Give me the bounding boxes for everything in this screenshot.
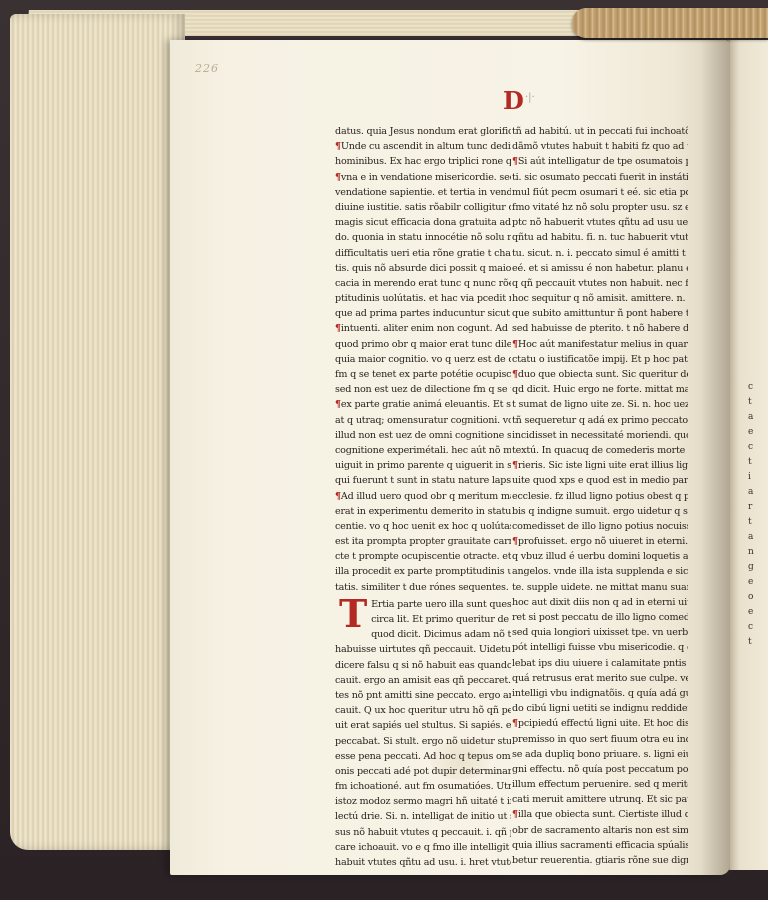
text-line: q vbuz illud é uerbu domini loquetis ad: [512, 549, 688, 564]
edge-fragment: e: [748, 425, 768, 440]
text-line: incidisset in necessitaté moriendi. quod…: [512, 428, 688, 443]
text-line: bis q indigne sumuit. ergo uidetur q si …: [512, 504, 688, 519]
text-line: lectú drie. Si. n. intelligat de initio …: [335, 809, 511, 824]
text-line: comedisset de illo ligno potius nocuisse…: [512, 519, 688, 534]
text-line: pót intelligi fuisse vbu misericodie. q …: [512, 640, 688, 655]
text-line: quá retrusus erat merito sue culpe. vel …: [512, 671, 688, 686]
text-line: ¶Ad illud uero quod obr q meritum magis: [335, 489, 511, 504]
page-stack-fore-edge: [10, 14, 185, 850]
text-line: datus. quia Jesus nondum erat glorificat…: [335, 124, 511, 139]
text-line: difficultatis ueri etia rõne gratie t ch…: [335, 246, 511, 261]
text-line: peccabat. Si stult. ergo nõ uidetur stul…: [335, 734, 511, 749]
text-line: illum effectum peruenire. sed q merito p…: [512, 777, 688, 792]
text-line: premisso in quo sert fiuum otra eu indic…: [512, 732, 688, 747]
text-line: sed quia longiori uixisset tpe. vn uerbu…: [512, 625, 688, 640]
text-line: dicere falsu q si nõ habuit eas quando p…: [335, 658, 511, 673]
left-column-section-one: datus. quia Jesus nondum erat glorificat…: [335, 124, 511, 595]
text-line: ¶pcipiedú effectú ligni uite. Et hoc dis…: [512, 716, 688, 731]
edge-fragment: i: [748, 470, 768, 485]
text-line: do. quonia in statu innocétie nõ solu ro…: [335, 230, 511, 245]
edge-fragment: n: [748, 545, 768, 560]
edge-fragment: a: [748, 530, 768, 545]
edge-fragment: c: [748, 440, 768, 455]
text-line: ¶Hoc aút manifestatur melius in quarto i…: [512, 337, 688, 352]
edge-fragment: c: [748, 380, 768, 395]
rubric-paragraph-mark: ¶: [512, 718, 518, 729]
text-column-right: tñ ad habitú. ut in peccati fui inchoatõ…: [512, 124, 688, 868]
text-line: gni effectu. nõ quía post peccatum posse…: [512, 762, 688, 777]
text-line: do cibú ligni uetiti se indignu reddider…: [512, 701, 688, 716]
text-line: ¶illa que obiecta sunt. Ciertiste illud …: [512, 807, 688, 822]
text-line: cacia in merendo erat tunc q nunc rõe pr…: [335, 276, 511, 291]
edge-fragment: r: [748, 500, 768, 515]
text-line: textú. In quacuq de comederis morte mo: [512, 443, 688, 458]
edge-fragment: g: [748, 560, 768, 575]
text-line: est ita prompta propter grauitate carnis…: [335, 534, 511, 549]
text-line: uiguit in primo parente q uiguerit in sa…: [335, 458, 511, 473]
text-line: at q utraq; omensuratur cognitioni. vo q: [335, 413, 511, 428]
text-line: illud non est uez de omni cognitione sed…: [335, 428, 511, 443]
text-line: habuisse uirtutes qñ peccauit. Uidetur e…: [335, 642, 511, 657]
text-line: vendatione sapientie. et tertia in venda…: [335, 185, 511, 200]
text-line: ¶profuisset. ergo nõ uiueret in eterni. …: [512, 534, 688, 549]
rubric-paragraph-mark: ¶: [335, 172, 341, 183]
text-line: sed non est uez de dilectione fm q se te…: [335, 382, 511, 397]
text-line: cati meruit amittere utrunq. Et sic pate…: [512, 792, 688, 807]
text-line: hominibus. Ex hac ergo triplici rone qua…: [335, 154, 511, 169]
text-line: ecclesie. fz illud ligno potius obest q …: [512, 489, 688, 504]
text-line: q qñ peccauit vtutes non habuit. nec fz …: [512, 276, 688, 291]
text-line: que subito amittuntur ñ pont habere t am…: [512, 306, 688, 321]
text-line: lebat ips diu uiuere i calamitate pntis …: [512, 656, 688, 671]
edge-fragment: c: [748, 620, 768, 635]
text-line: tñ sequeretur q adá ex primo peccato nõ: [512, 413, 688, 428]
text-line: onis peccati adé pot dupir determinari. …: [335, 764, 511, 779]
edge-fragment: e: [748, 605, 768, 620]
text-line: fmo vitaté hz nõ solu propter usu. sz et…: [512, 200, 688, 215]
running-head-initial: D: [503, 86, 524, 115]
text-line: ¶rieris. Sic iste ligni uite erat illius…: [512, 458, 688, 473]
right-column-lines: tñ ad habitú. ut in peccati fui inchoatõ…: [512, 124, 688, 868]
text-line: ptc nõ habuerit vtutes qñtu ad usu uez e…: [512, 215, 688, 230]
text-line: ti. sic osumato peccati fuerit in instát…: [512, 170, 688, 185]
left-column-section-two: Ertia parte uero illa sunt questionescir…: [335, 597, 511, 870]
text-line: cognitione experimétali. hec aút nõ magi…: [335, 443, 511, 458]
text-line: se ada dupliq bono priuare. s. ligni eiu…: [512, 747, 688, 762]
text-line: sed habuisse de pterito. t nõ habere de …: [512, 321, 688, 336]
text-column-left: datus. quia Jesus nondum erat glorificat…: [335, 124, 511, 870]
text-line: uit erat sapiés uel stultus. Si sapiés. …: [335, 718, 511, 733]
text-line: cauit. Q ux hoc queritur utru hõ qñ pecc…: [335, 703, 511, 718]
text-line: hoc sequitur q nõ amisit. amittere. n. i…: [512, 291, 688, 306]
text-line: cte t prompte ocupiscentie otracte. et r…: [335, 549, 511, 564]
rubric-paragraph-mark: ¶: [335, 141, 341, 152]
text-line: ctatu o iustificatõe impij. Et p hoc pat…: [512, 352, 688, 367]
running-head-mark: ·|·: [525, 92, 535, 103]
rubric-paragraph-mark: ¶: [512, 460, 518, 471]
gutter-shadow: [700, 40, 730, 875]
text-line: illa procedit ex parte promptitudinis uo…: [335, 564, 511, 579]
text-line: esse pena peccati. Ad hoc q tepus omissi…: [335, 749, 511, 764]
text-line: Ertia parte uero illa sunt questiones: [371, 597, 511, 612]
text-line: tes nõ pnt amitti sine peccato. ergo an …: [335, 688, 511, 703]
text-line: uite quod xps e quod est in medio paradi…: [512, 473, 688, 488]
text-line: quia illius sacramenti efficacia spúalis…: [512, 838, 688, 853]
text-line: ¶duo que obiecta sunt. Sic queritur de h…: [512, 367, 688, 382]
edge-fragment: t: [748, 395, 768, 410]
edge-fragment: e: [748, 575, 768, 590]
text-line: sus nõ habuit vtutes q peccauit. i. qñ p…: [335, 825, 511, 840]
text-line: diuine iustitie. satis rõabilr colligitu…: [335, 200, 511, 215]
text-line: betur reuerentia. gtiaris rõne sue digni…: [512, 853, 688, 868]
text-line: ¶vna e in vendatione misericordie. secud…: [335, 170, 511, 185]
text-line: angelos. vnde illa ista supplenda e sic.…: [512, 564, 688, 579]
text-line: qñtu ad habitu. fi. n. tuc habuerit vtut…: [512, 230, 688, 245]
text-line: tis. quis nõ absurde dici possit q maior…: [335, 261, 511, 276]
text-line: te. supple uidete. ne mittat manu suam. …: [512, 580, 688, 595]
text-line: quod dicit. Dicimus adam nõ tuc: [371, 627, 511, 642]
text-line: centie. vo q hoc uenit ex hoc q uolútas …: [335, 519, 511, 534]
text-line: fm q se tenet ex parte potétie ocupiscib…: [335, 367, 511, 382]
rubric-paragraph-mark: ¶: [335, 399, 341, 410]
text-line: eé. et si amissu é non habetur. planu é …: [512, 261, 688, 276]
text-line: istoz modoz sermo magri hñ uitaté t inte…: [335, 794, 511, 809]
text-line: mul fiút pecm osumari t eé. sic etia pdi…: [512, 185, 688, 200]
rubric-paragraph-mark: ¶: [335, 491, 341, 502]
text-line: tñ ad habitú. ut in peccati fui inchoatõ…: [512, 124, 688, 139]
text-line: ret si post peccatu de illo ligno comede…: [512, 610, 688, 625]
text-line: erat in experimentu demerito in statu in…: [335, 504, 511, 519]
folio-number: 226: [195, 62, 219, 75]
text-line: ¶intuenti. aliter enim non cogunt. Ad il…: [335, 321, 511, 336]
edge-fragment: t: [748, 635, 768, 650]
text-line: magis sicut efficacia dona gratuita ad m…: [335, 215, 511, 230]
rubric-paragraph-mark: ¶: [512, 536, 518, 547]
edge-fragment: a: [748, 485, 768, 500]
rubricated-initial: T: [339, 599, 367, 629]
text-line: circa lit. Et primo queritur de hoc: [371, 612, 511, 627]
text-line: t sumat de ligno uite ze. Si. n. hoc uez…: [512, 397, 688, 412]
rubric-paragraph-mark: ¶: [335, 323, 341, 334]
section-two: T Ertia parte uero illa sunt questionesc…: [335, 597, 511, 870]
facing-page-text-fragments: ctaectiartangeoect: [748, 380, 768, 650]
rubric-paragraph-mark: ¶: [512, 339, 518, 350]
text-line: ¶ex parte gratie animá eleuantis. Et si …: [335, 397, 511, 412]
text-line: tu. sicut. n. i. peccato simul é amitti …: [512, 246, 688, 261]
binding-cord: [572, 8, 768, 38]
text-line: care ichoauit. vo e q fmo ille intelligi…: [335, 840, 511, 855]
text-line: ptitudinis uolútatis. et hac via pcedit …: [335, 291, 511, 306]
rubric-paragraph-mark: ¶: [512, 369, 518, 380]
text-line: intelligi vbu indignatõis. q quía adá gu…: [512, 686, 688, 701]
edge-fragment: t: [748, 515, 768, 530]
edge-fragment: t: [748, 455, 768, 470]
text-line: qui fuerunt t sunt in statu nature lapse…: [335, 473, 511, 488]
rubric-paragraph-mark: ¶: [512, 156, 518, 167]
text-line: qd dicit. Huic ergo ne forte. mittat man…: [512, 382, 688, 397]
text-line: ¶Unde cu ascendit in altum tunc dedit do…: [335, 139, 511, 154]
text-line: que ad prima partes inducuntur sicut pat…: [335, 306, 511, 321]
text-line: habuit vtutes qñtu ad usu. i. hret vtute…: [335, 855, 511, 870]
text-line: obr de sacramento altaris non est simile…: [512, 823, 688, 838]
text-line: dãmõ vtutes habuit t habiti fz quo ad us…: [512, 139, 688, 154]
text-line: hoc aut dixit diis non q ad in eterni ui…: [512, 595, 688, 610]
text-line: fm ichoationé. aut fm osumatióes. Utroq;: [335, 779, 511, 794]
text-line: ¶Si aút intelligatur de tpe osumatois pe…: [512, 154, 688, 169]
text-line: tatis. similiter t due rónes sequentes.: [335, 580, 511, 595]
edge-fragment: o: [748, 590, 768, 605]
text-line: quia maior cognitio. vo q uerz est de di…: [335, 352, 511, 367]
text-line: cauit. ergo an amisit eas qñ peccaret. s…: [335, 673, 511, 688]
edge-fragment: a: [748, 410, 768, 425]
text-line: quod primo obr q maior erat tunc dilecti…: [335, 337, 511, 352]
rubric-paragraph-mark: ¶: [512, 809, 518, 820]
